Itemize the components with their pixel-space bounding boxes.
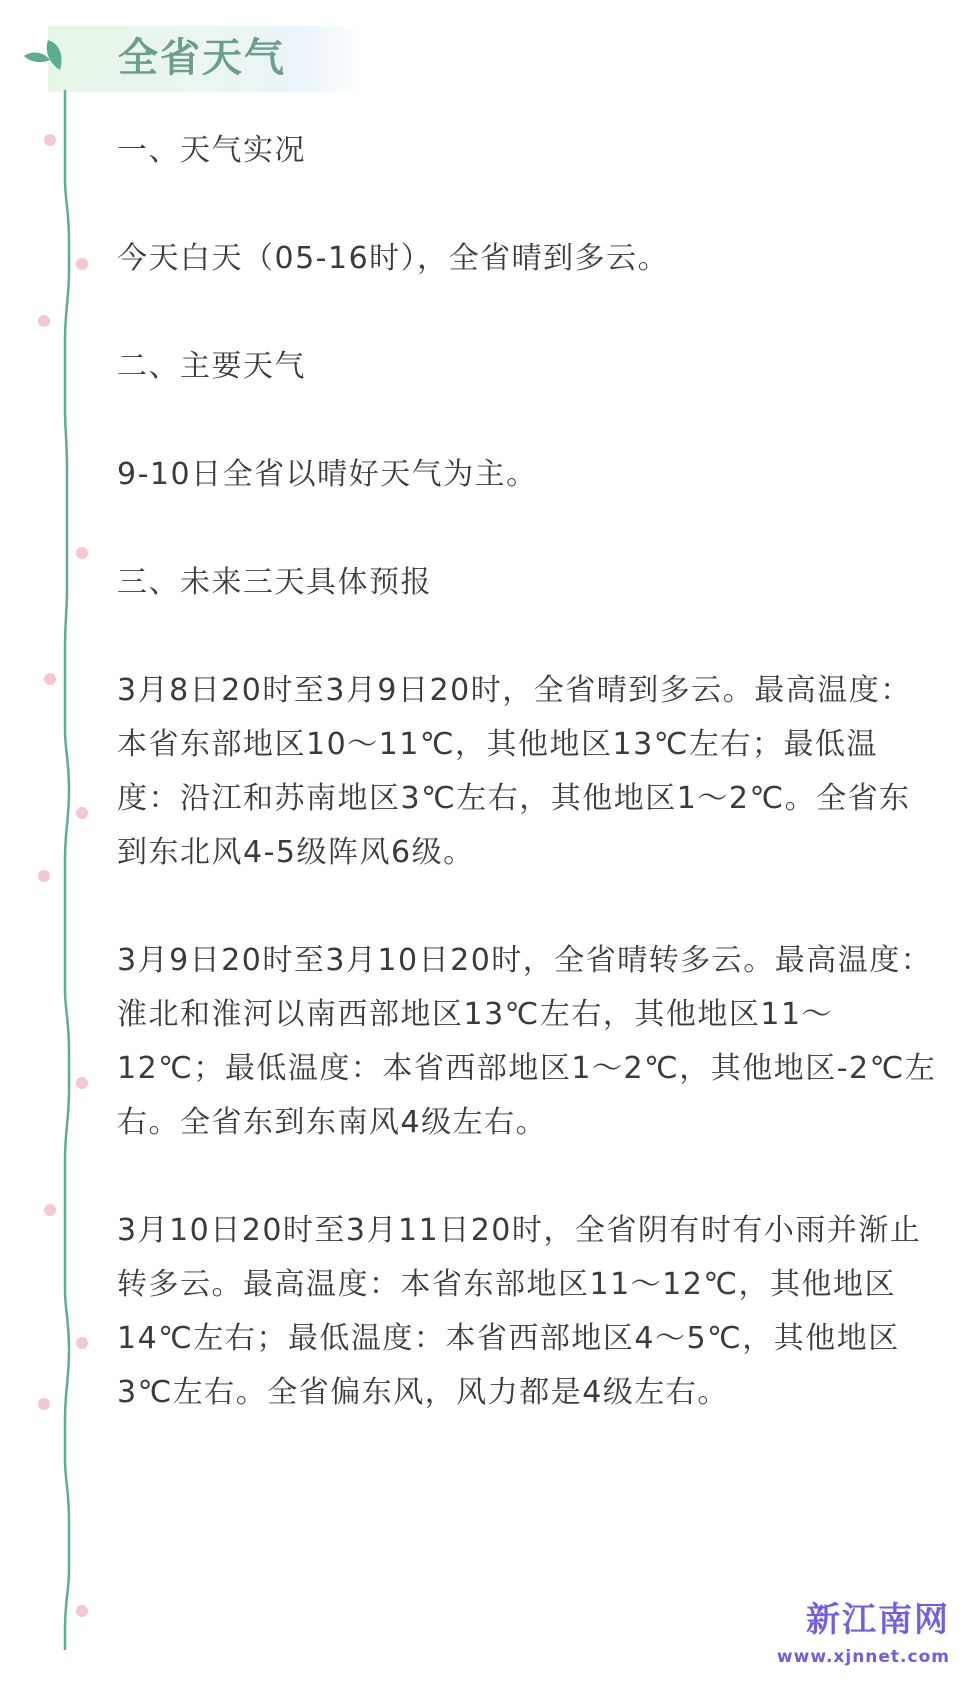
section-heading-three-day-forecast: 三、未来三天具体预报: [117, 556, 937, 610]
watermark-url: www.xjnnet.com: [777, 1644, 950, 1670]
article-body: 一、天气实况 今天白天（05-16时），全省晴到多云。 二、主要天气 9-10日…: [117, 124, 937, 1474]
dot-marker: [38, 870, 50, 882]
dot-marker: [76, 547, 88, 559]
forecast-day-2: 3月9日20时至3月10日20时，全省晴转多云。最高温度：淮北和淮河以南西部地区…: [117, 934, 937, 1150]
dot-marker: [76, 1077, 88, 1089]
dot-marker: [44, 1204, 56, 1216]
observation-text: 今天白天（05-16时），全省晴到多云。: [117, 232, 937, 286]
dot-marker: [38, 315, 50, 327]
forecast-day-1: 3月8日20时至3月9日20时，全省晴到多云。最高温度：本省东部地区10～11℃…: [117, 664, 937, 880]
dot-marker: [76, 1337, 88, 1349]
dot-marker: [44, 134, 56, 146]
watermark-site-name: 新江南网: [777, 1600, 950, 1640]
leaf-icon: [20, 34, 70, 78]
section-heading-main-weather: 二、主要天气: [117, 340, 937, 394]
forecast-day-3: 3月10日20时至3月11日20时，全省阴有时有小雨并渐止转多云。最高温度：本省…: [117, 1204, 937, 1420]
main-weather-text: 9-10日全省以晴好天气为主。: [117, 448, 937, 502]
dot-marker: [76, 1605, 88, 1617]
dot-marker: [76, 807, 88, 819]
page-title: 全省天气: [118, 30, 286, 86]
dot-marker: [44, 673, 56, 685]
dot-marker: [76, 258, 88, 270]
dot-marker: [38, 1398, 50, 1410]
section-heading-weather-observation: 一、天气实况: [117, 124, 937, 178]
timeline-line: [52, 90, 82, 1670]
watermark: 新江南网 www.xjnnet.com: [777, 1600, 950, 1670]
